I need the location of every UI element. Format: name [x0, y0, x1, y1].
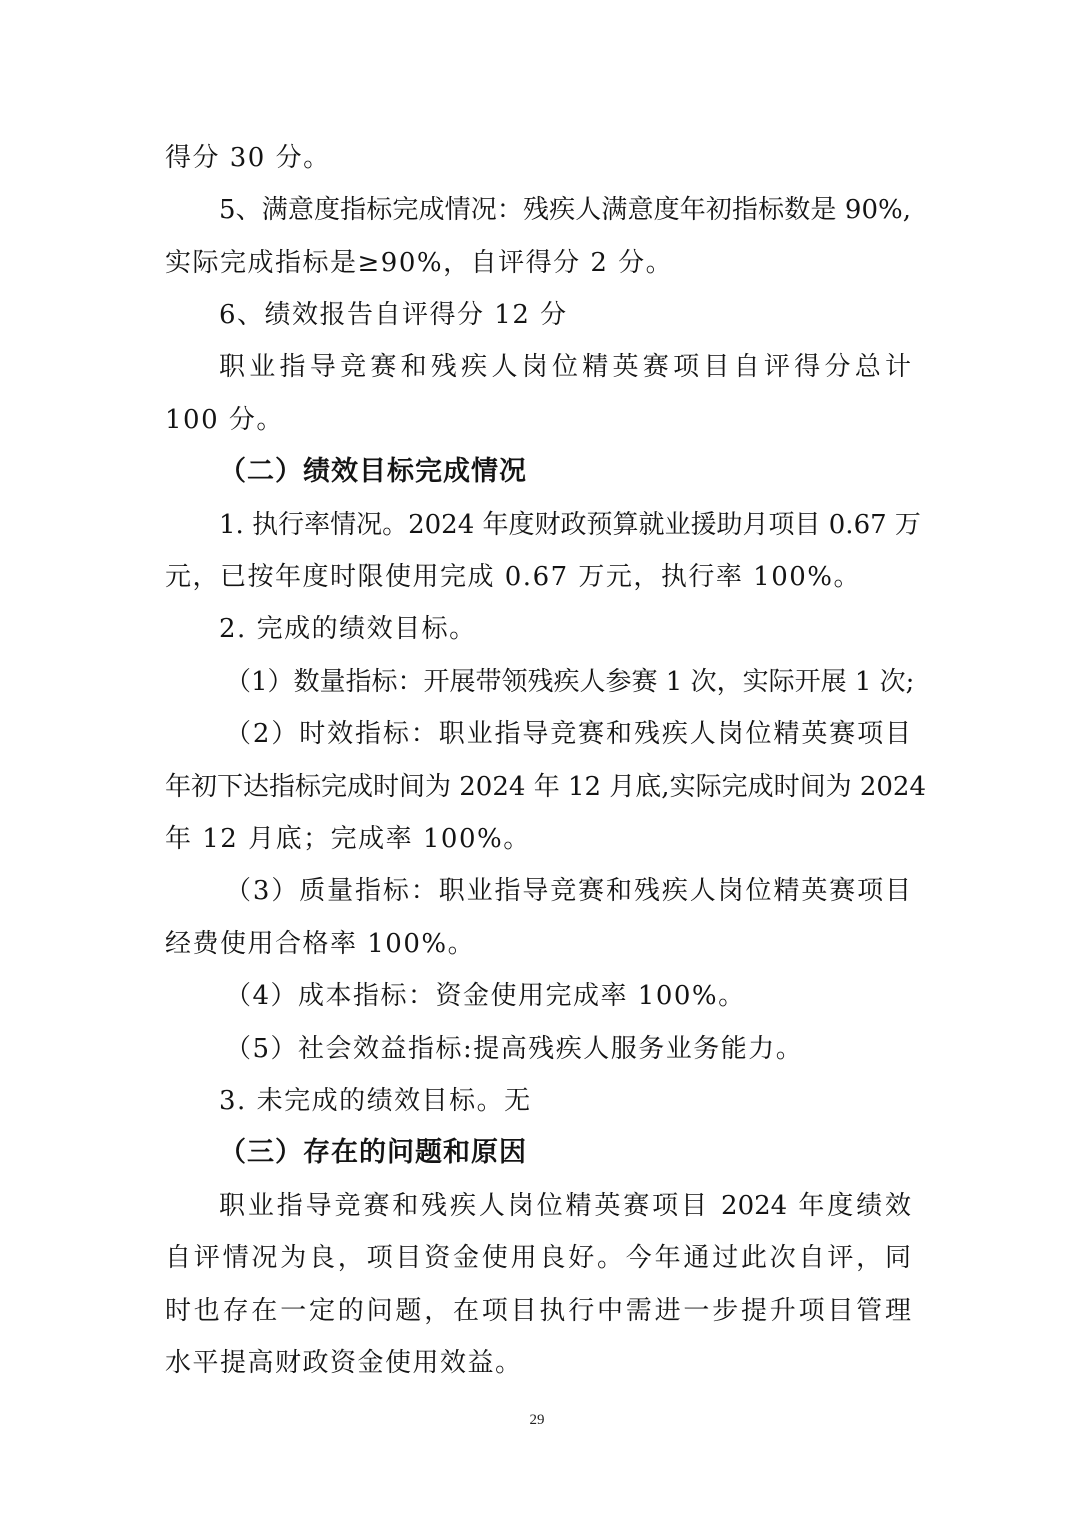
list-item-timeliness-indicator-end: 年 12 月底；完成率 100%。 — [165, 819, 911, 859]
paragraph-execution-rate: 1. 执行率情况。2024 年度财政预算就业援助月项目 0.67 万 — [219, 505, 911, 545]
paragraph-problems-cont-3: 水平提高财政资金使用效益。 — [165, 1343, 911, 1383]
section-heading-2-goal-completion: （二）绩效目标完成情况 — [219, 452, 911, 492]
paragraph-report-score: 6、绩效报告自评得分 12 分 — [219, 295, 911, 335]
page-number: 29 — [0, 1412, 1074, 1429]
paragraph-uncompleted-goals: 3. 未完成的绩效目标。无 — [219, 1081, 911, 1121]
list-item-timeliness-indicator-cont: 年初下达指标完成时间为 2024 年 12 月底,实际完成时间为 2024 — [165, 767, 911, 807]
paragraph-completed-goals: 2. 完成的绩效目标。 — [219, 609, 911, 649]
list-item-quality-indicator: （3）质量指标：职业指导竞赛和残疾人岗位精英赛项目 — [225, 871, 911, 911]
list-item-timeliness-indicator: （2）时效指标：职业指导竞赛和残疾人岗位精英赛项目 — [225, 714, 911, 754]
paragraph-problems-cont-1: 自评情况为良，项目资金使用良好。今年通过此次自评，同 — [165, 1238, 911, 1278]
list-item-social-benefit-indicator: （5）社会效益指标:提高残疾人服务业务能力。 — [225, 1029, 911, 1069]
paragraph-line-score-30: 得分 30 分。 — [165, 138, 911, 178]
paragraph-problems-cont-2: 时也存在一定的问题，在项目执行中需进一步提升项目管理 — [165, 1291, 911, 1331]
paragraph-satisfaction-indicator-cont: 实际完成指标是≥90%，自评得分 2 分。 — [165, 243, 911, 283]
paragraph-total-score: 职业指导竞赛和残疾人岗位精英赛项目自评得分总计 — [219, 347, 911, 387]
paragraph-execution-rate-cont: 元，已按年度时限使用完成 0.67 万元，执行率 100%。 — [165, 557, 911, 597]
paragraph-total-score-cont: 100 分。 — [165, 400, 911, 440]
paragraph-problems: 职业指导竞赛和残疾人岗位精英赛项目 2024 年度绩效 — [219, 1186, 911, 1226]
document-page: 得分 30 分。 5、满意度指标完成情况：残疾人满意度年初指标数是 90%, 实… — [0, 0, 1074, 1520]
list-item-quantity-indicator: （1）数量指标：开展带领残疾人参赛 1 次，实际开展 1 次; — [225, 662, 911, 702]
list-item-quality-indicator-cont: 经费使用合格率 100%。 — [165, 924, 911, 964]
paragraph-satisfaction-indicator: 5、满意度指标完成情况：残疾人满意度年初指标数是 90%, — [219, 190, 911, 230]
list-item-cost-indicator: （4）成本指标：资金使用完成率 100%。 — [225, 976, 911, 1016]
section-heading-3-problems-causes: （三）存在的问题和原因 — [219, 1133, 911, 1173]
